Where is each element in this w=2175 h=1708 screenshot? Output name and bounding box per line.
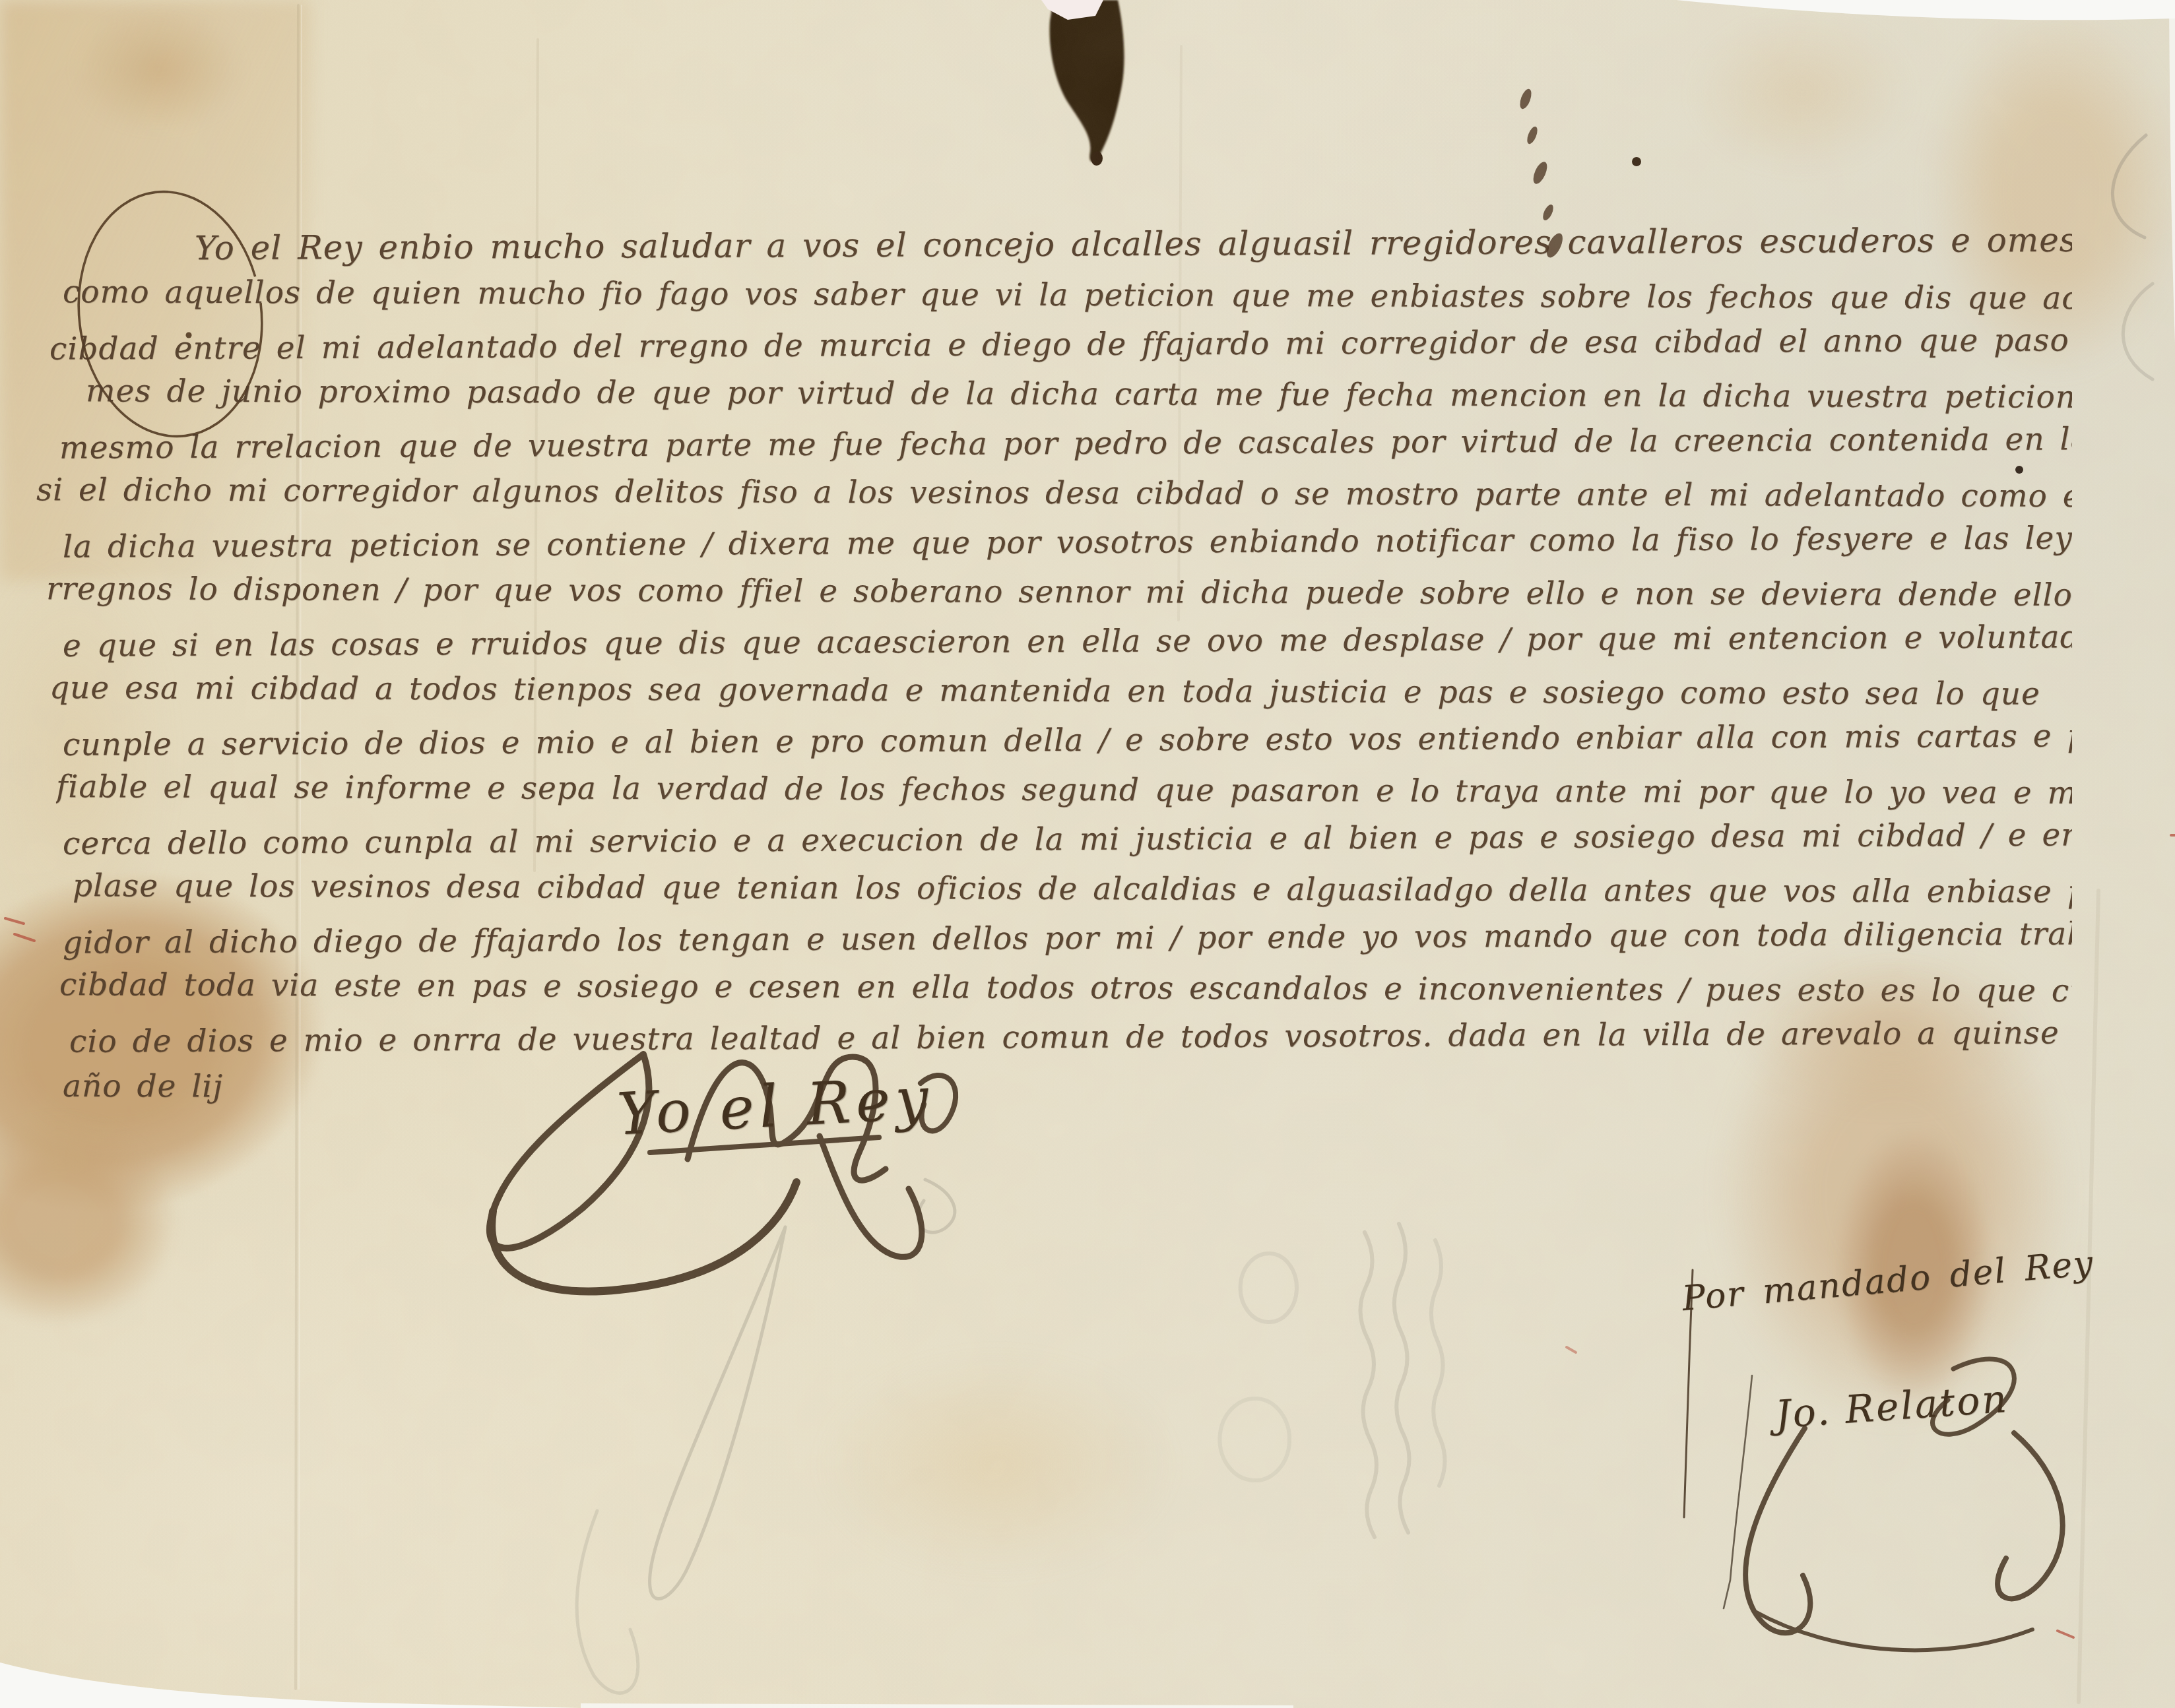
manuscript-line: cunple a servicio de dios e mio e al bie… [63,715,2072,766]
manuscript-line: que esa mi cibdad a todos tienpos sea go… [49,667,2072,716]
manuscript-line: fiable el qual se informe e sepa la verd… [56,766,2072,815]
scanned-manuscript: Yo el Rey enbio mucho saludar a vos el c… [0,0,2175,1708]
manuscript-line: cibdad entre el mi adelantado del rregno… [49,319,2072,370]
manuscript-line: cerca dello como cunpla al mi servicio e… [63,814,2072,865]
manuscript-line: mes de junio proximo pasado de que por v… [86,370,2072,418]
manuscript-line: la dicha vuestra peticion se contiene / … [63,517,2072,568]
manuscript-dateline: año de lij [63,1065,525,1109]
manuscript-line: como aquellos de quien mucho fio fago vo… [63,271,2072,320]
manuscript-line: si el dicho mi corregidor algunos delito… [36,469,2072,518]
manuscript-line: e que si en las cosas e rruidos que dis … [63,616,2072,667]
manuscript-line: cibdad toda via este en pas e sosiego e … [59,964,2072,1013]
manuscript-line: gidor al dicho diego de ffajardo los ten… [63,913,2072,964]
manuscript-line: rregnos lo disponen / por que vos como f… [46,568,2072,617]
manuscript-line: plase que los vesinos desa cibdad que te… [73,865,2072,914]
manuscript-line: Yo el Rey enbio mucho saludar a vos el c… [195,219,2072,269]
manuscript-line: cio de dios e mio e onrra de vuestra lea… [69,1012,2072,1063]
manuscript-line: mesmo la rrelacion que de vuestra parte … [59,418,2072,469]
